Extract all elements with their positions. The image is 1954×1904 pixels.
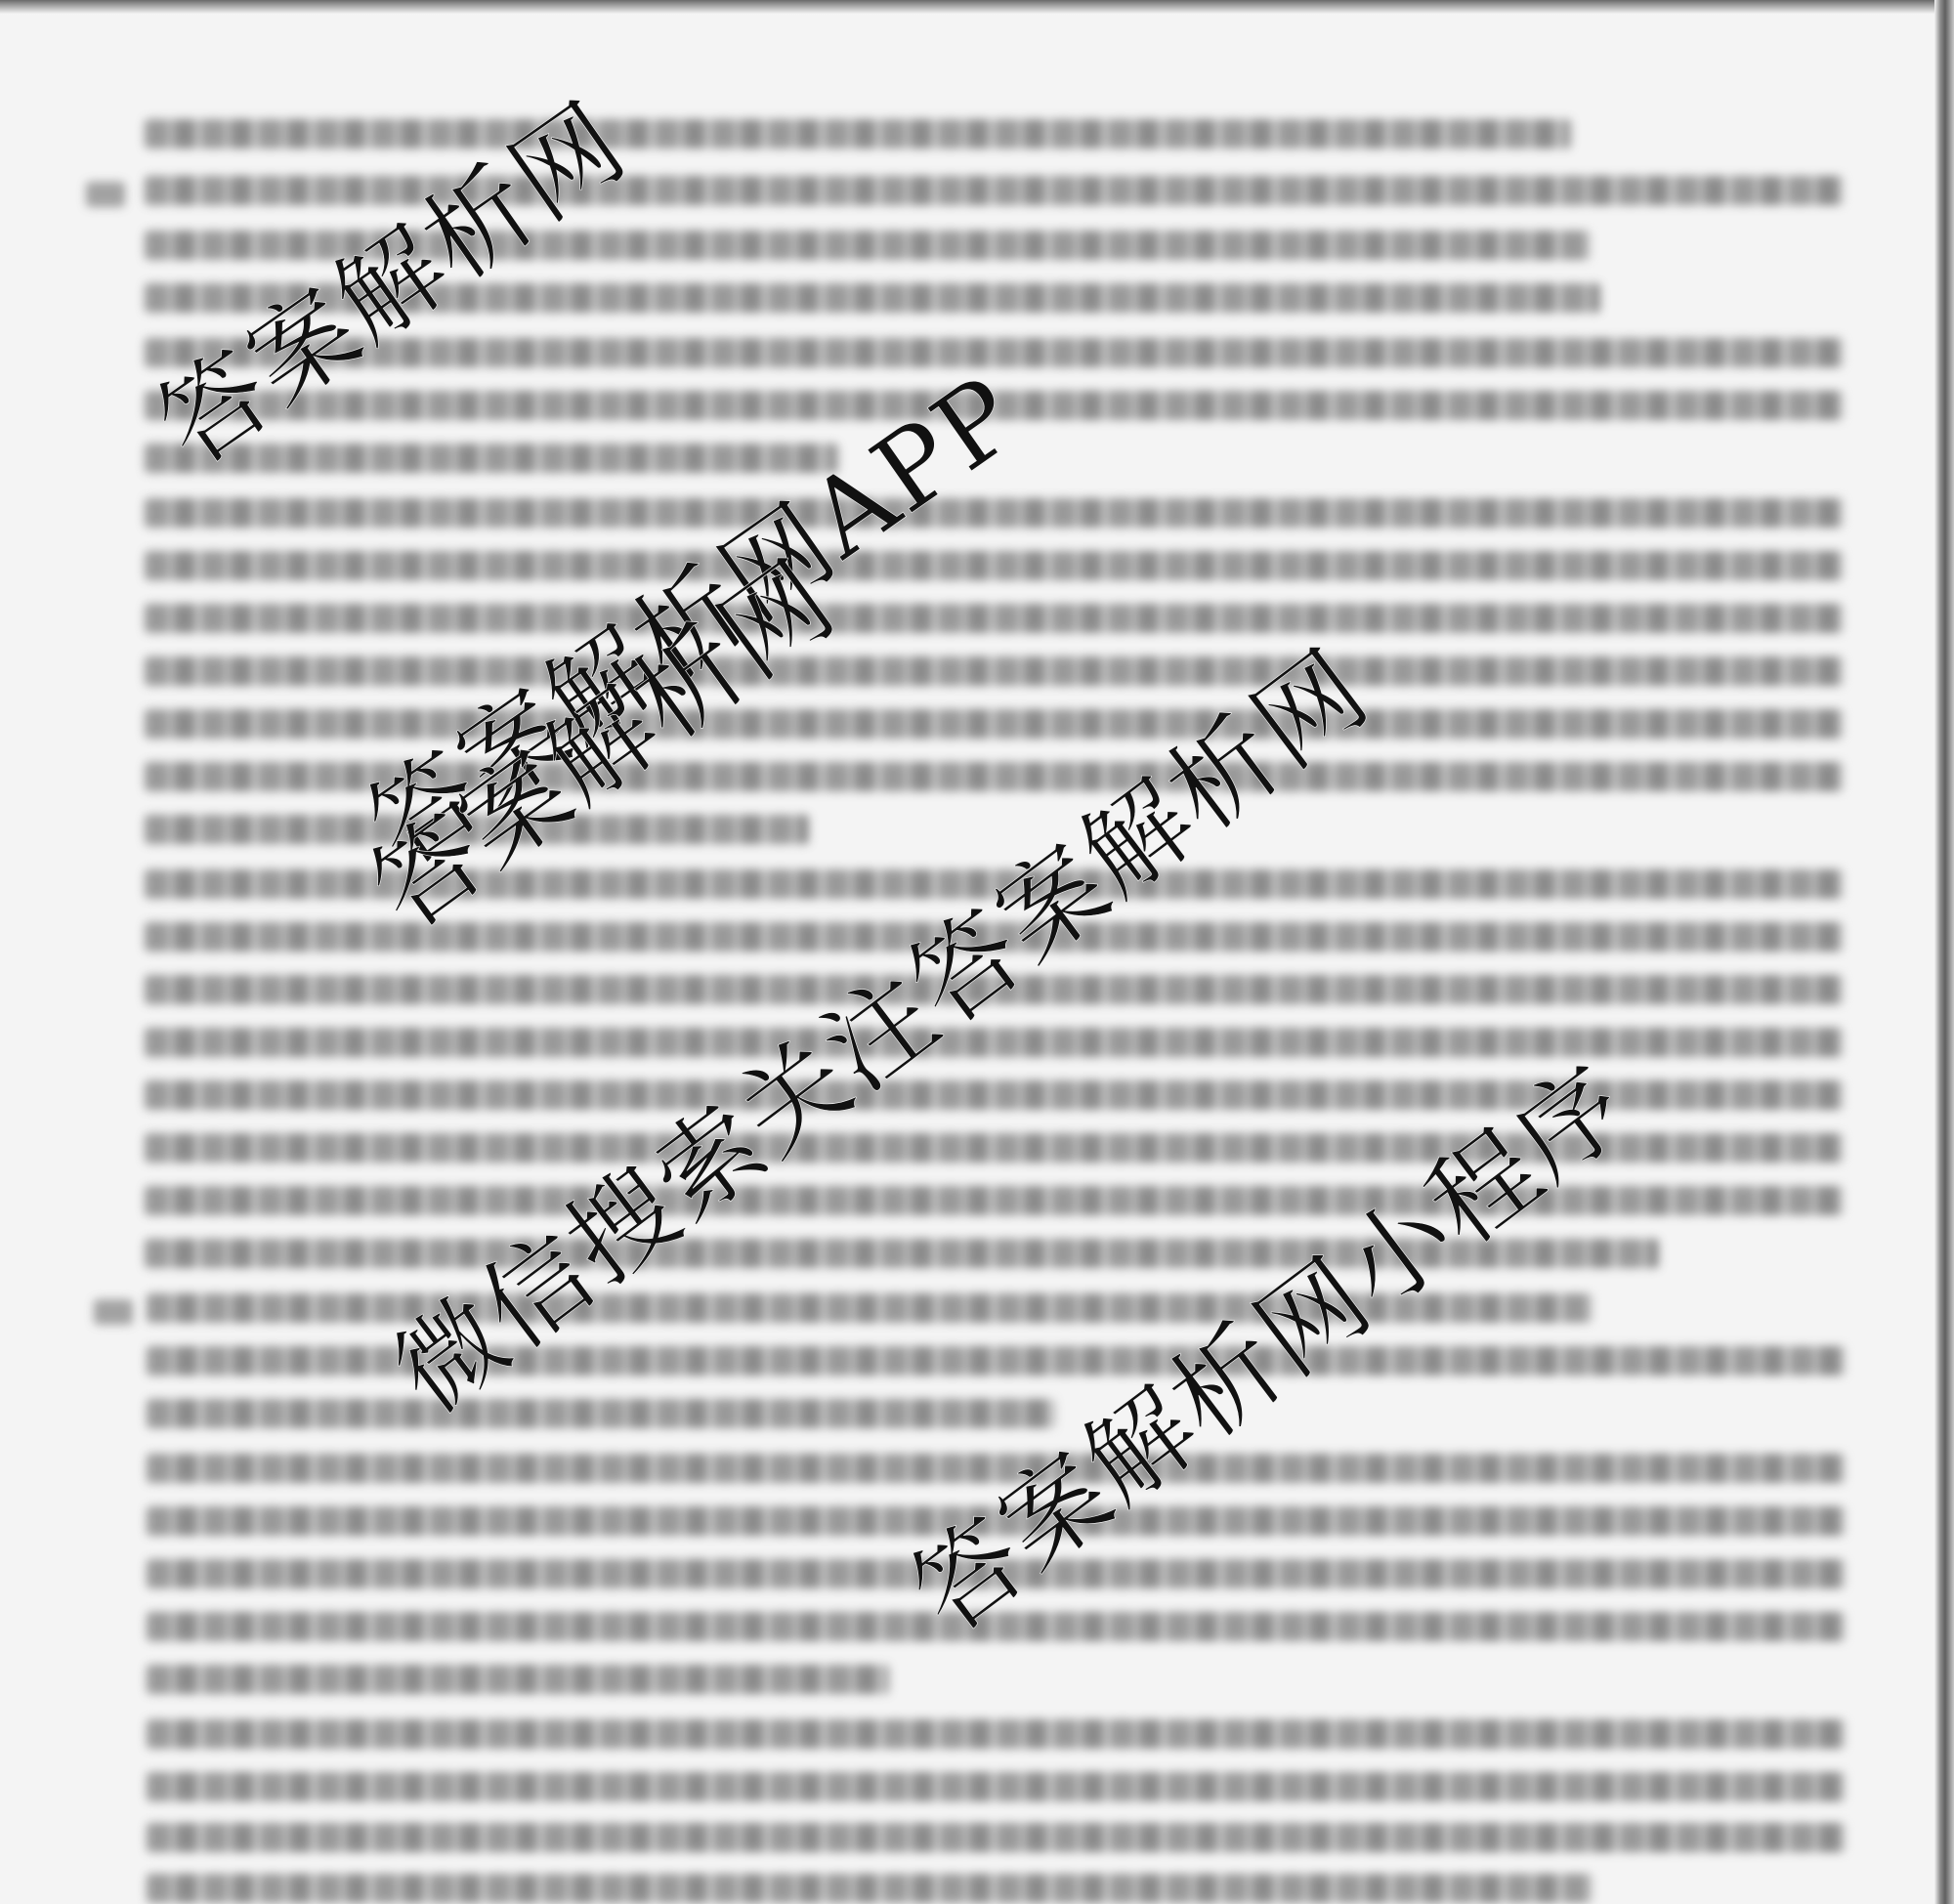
text-line: [147, 1399, 1055, 1428]
text-line: [147, 1719, 1847, 1749]
text-line: [147, 1874, 1593, 1903]
text-line: [145, 119, 1571, 148]
text-line: [145, 656, 1845, 686]
text-line: [145, 551, 1845, 580]
question-number-20: [94, 1299, 133, 1325]
text-line: [145, 604, 1845, 633]
text-line: [147, 1665, 889, 1694]
scan-right-edge: [1934, 0, 1954, 1904]
text-line: [145, 1028, 1845, 1057]
question-number-19: [86, 182, 125, 207]
document-page: 19. 【答案】 【解析】 20. 【答案】 【解析】 答案解析网 答案解析网A…: [0, 0, 1934, 1904]
text-line: [147, 1823, 1847, 1852]
text-line: [145, 498, 1845, 528]
text-line: [147, 1772, 1847, 1801]
